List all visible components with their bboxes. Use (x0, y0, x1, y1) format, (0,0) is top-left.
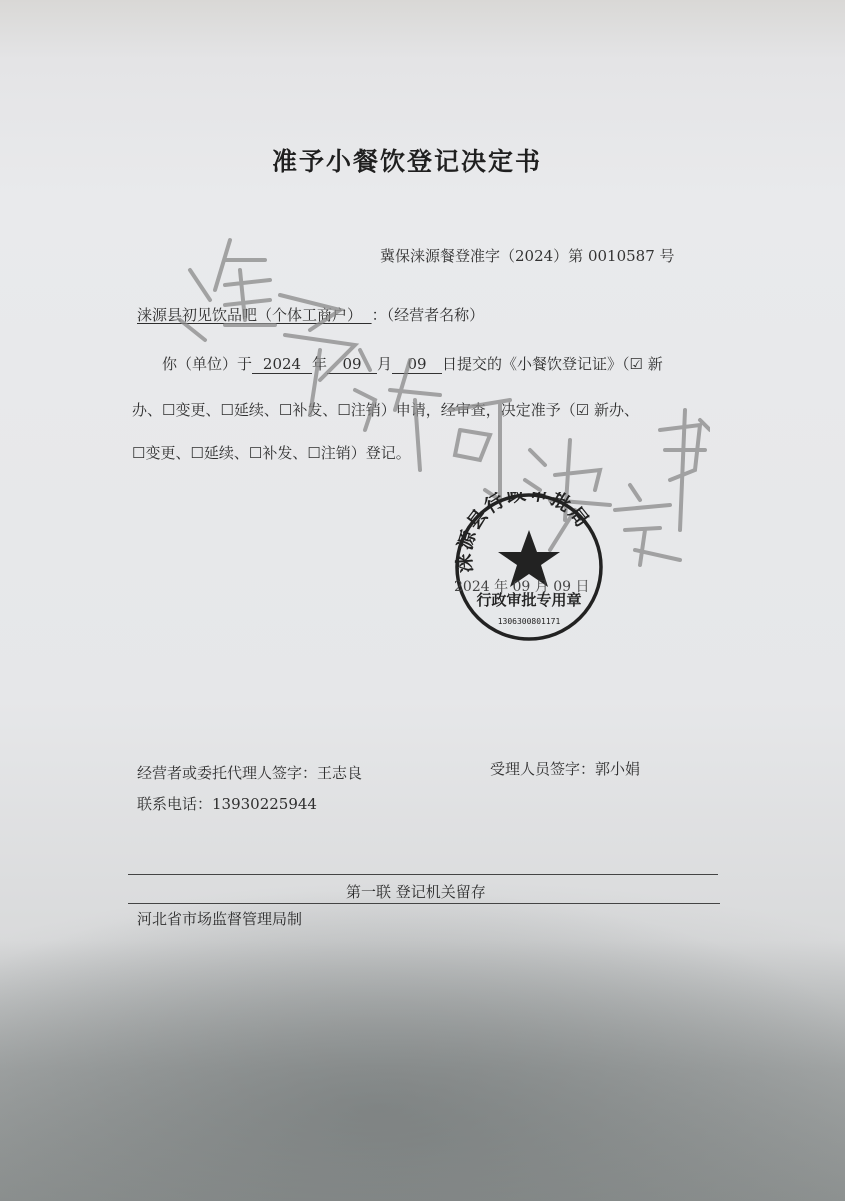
receiver-signature: 受理人员签字：郭小娟 (490, 758, 640, 779)
operator-signature: 经营者或委托代理人签字：王志良 (137, 762, 362, 783)
body-line-1: 你（单位）于2024年09月09日提交的《小餐饮登记证》（☑ 新 (162, 353, 663, 374)
year-unit: 年 (312, 355, 327, 373)
month-unit: 月 (377, 355, 392, 373)
operator-line: 涞源县初见饮品吧（个体工商户） ：（经营者名称） (137, 304, 484, 325)
issuer-label: 河北省市场监督管理局制 (137, 908, 302, 929)
divider-top (128, 874, 718, 875)
body-line-2: 办、☐变更、☐延续、☐补发、☐注销）申请，经审查，决定准予（☑ 新办、 (132, 399, 639, 420)
copy-label: 第一联 登记机关留存 (346, 881, 486, 902)
body-prefix: 你（单位）于 (162, 355, 252, 373)
document-title: 准予小餐饮登记决定书 (272, 142, 542, 178)
operator-name-label: ：（经营者名称） (372, 306, 485, 324)
submit-month: 09 (327, 356, 377, 374)
issue-date: 2024 年 09 月 09 日 (454, 576, 590, 596)
submit-year: 2024 (252, 356, 312, 374)
contact-phone: 联系电话：13930225944 (137, 793, 317, 814)
document-page: 准予小餐饮登记决定书 冀保涞源餐登准字（2024）第 0010587 号 涞源县… (0, 0, 845, 1201)
divider-bottom (128, 903, 720, 904)
document-number: 冀保涞源餐登准字（2024）第 0010587 号 (380, 245, 675, 266)
day-unit: 日提交的《小餐饮登记证》（☑ 新 (442, 355, 663, 373)
operator-name: 涞源县初见饮品吧（个体工商户） (137, 306, 362, 324)
seal-code-text: 1306300801171 (498, 617, 561, 626)
body-line-3: ☐变更、☐延续、☐补发、☐注销）登记。 (132, 442, 411, 463)
submit-day: 09 (392, 356, 442, 374)
official-seal: 涞源县行政审批局 行政审批专用章 1306300801171 (452, 492, 606, 642)
